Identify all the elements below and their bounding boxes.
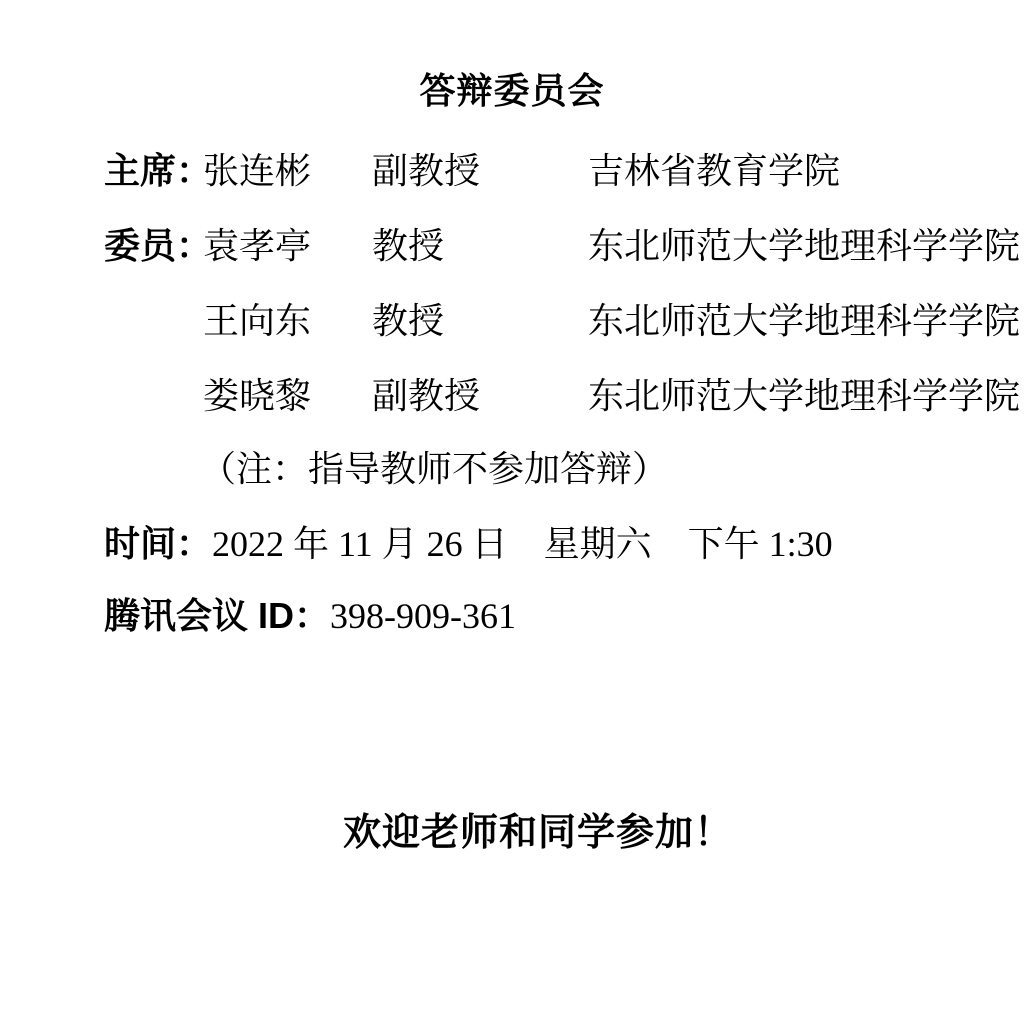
member-institution: 东北师范大学地理科学学院 [588,302,1020,340]
committee-row-member: 委员： 袁孝亭 教授 东北师范大学地理科学学院 [0,227,1024,269]
document-page: 答辩委员会 主席： 张连彬 副教授 吉林省教育学院 委员： 袁孝亭 教授 东北师… [0,0,1024,1010]
welcome-text: 欢迎老师和同学参加！ [0,812,1024,854]
member-name: 张连彬 [203,152,311,190]
meeting-id-value: 398-909-361 [330,596,516,636]
committee-row-member: 娄晓黎 副教授 东北师范大学地理科学学院 [0,377,1024,419]
member-role: 副教授 [372,377,480,415]
note-text: （注：指导教师不参加答辩） [200,450,668,488]
member-institution: 吉林省教育学院 [588,152,840,190]
row-label: 委员： [104,227,212,265]
committee-row-member: 王向东 教授 东北师范大学地理科学学院 [0,302,1024,344]
time-label: 时间： [104,523,212,564]
member-institution: 东北师范大学地理科学学院 [588,227,1020,265]
meeting-id-label: 腾讯会议 ID： [104,595,330,636]
member-name: 王向东 [203,302,311,340]
time-value: 2022 年 11 月 26 日 星期六 下午 1:30 [212,524,833,564]
time-row: 时间：2022 年 11 月 26 日 星期六 下午 1:30 [104,525,833,563]
meeting-id-row: 腾讯会议 ID：398-909-361 [104,597,516,635]
member-role: 教授 [372,302,444,340]
committee-row-chair: 主席： 张连彬 副教授 吉林省教育学院 [0,152,1024,194]
member-institution: 东北师范大学地理科学学院 [588,377,1020,415]
member-role: 副教授 [372,152,480,190]
row-label: 主席： [104,152,212,190]
page-title: 答辩委员会 [0,72,1024,110]
member-role: 教授 [372,227,444,265]
member-name: 袁孝亭 [203,227,311,265]
member-name: 娄晓黎 [203,377,311,415]
